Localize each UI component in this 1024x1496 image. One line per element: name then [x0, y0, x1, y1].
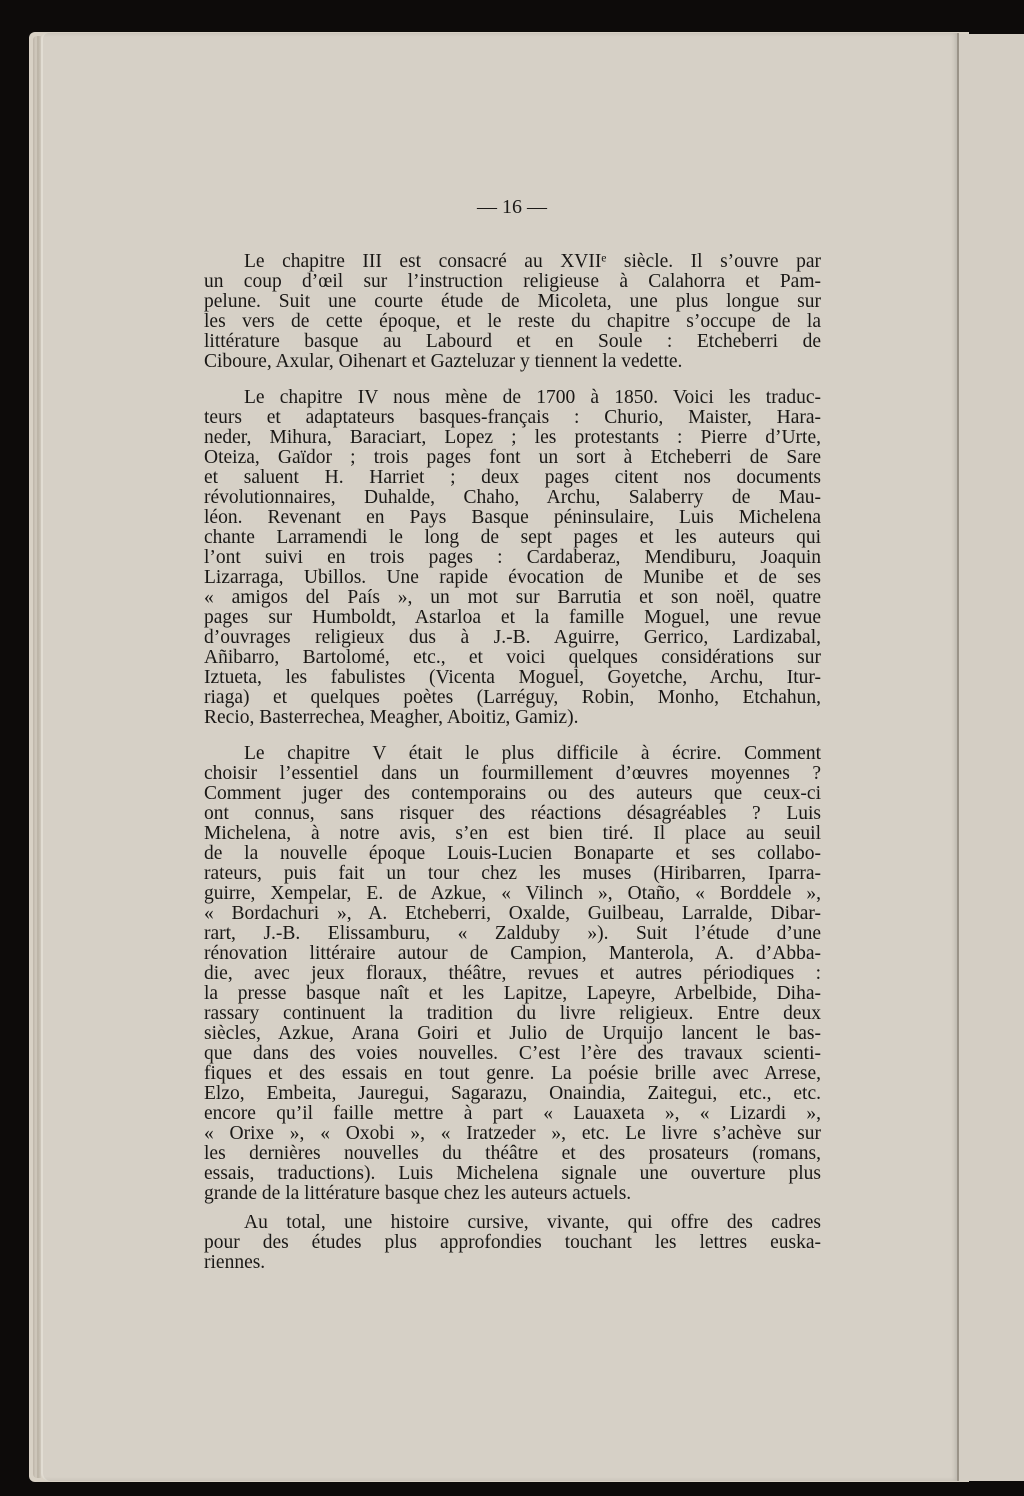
text-line: rénovation littéraire autour de Campion,…	[204, 944, 821, 964]
text-line: rassary continuent la tradition du livre…	[204, 1004, 821, 1024]
text-line: Le chapitre III est consacré au XVIIᵉ si…	[204, 252, 821, 272]
text-line: Elzo, Embeita, Jauregui, Sagarazu, Onain…	[204, 1084, 821, 1104]
text-line: un coup d’œil sur l’instruction religieu…	[204, 272, 821, 292]
paragraph-chapter-4: Le chapitre IV nous mène de 1700 à 1850.…	[204, 388, 821, 728]
text-line: d’ouvrages religieux dus à J.-B. Aguirre…	[204, 628, 821, 648]
text-line: Ciboure, Axular, Oihenart et Gazteluzar …	[204, 352, 821, 372]
text-line: fiques et des essais en tout genre. La p…	[204, 1064, 821, 1084]
text-line: « amigos del País », un mot sur Barrutia…	[204, 588, 821, 608]
text-line: Au total, une histoire cursive, vivante,…	[204, 1213, 821, 1233]
text-line: Añibarro, Bartolomé, etc., et voici quel…	[204, 648, 821, 668]
text-line: die, avec jeux floraux, théâtre, revues …	[204, 964, 821, 984]
text-line: léon. Revenant en Pays Basque péninsulai…	[204, 508, 821, 528]
text-line: teurs et adaptateurs basques-français : …	[204, 408, 821, 428]
paragraph-chapter-3: Le chapitre III est consacré au XVIIᵉ si…	[204, 252, 821, 372]
text-line: rateurs, puis fait un tour chez les muse…	[204, 864, 821, 884]
text-line: pour des études plus approfondies toucha…	[204, 1233, 821, 1253]
text-line: Lizarraga, Ubillos. Une rapide évocation…	[204, 568, 821, 588]
text-line: essais, traductions). Luis Michelena sig…	[204, 1164, 821, 1184]
text-line: neder, Mihura, Baraciart, Lopez ; les pr…	[204, 428, 821, 448]
text-line: Comment juger des contemporains ou des a…	[204, 784, 821, 804]
text-line: encore qu’il faille mettre à part « Laua…	[204, 1104, 821, 1124]
text-line: l’ont suivi en trois pages : Cardaberaz,…	[204, 548, 821, 568]
text-line: chante Larramendi le long de sept pages …	[204, 528, 821, 548]
text-line: guirre, Xempelar, E. de Azkue, « Vilinch…	[204, 884, 821, 904]
text-line: les vers de cette époque, et le reste du…	[204, 312, 821, 332]
paragraph-chapter-5: Le chapitre V était le plus difficile à …	[204, 744, 821, 1204]
text-line: littérature basque au Labourd et en Soul…	[204, 332, 821, 352]
text-line: Le chapitre V était le plus difficile à …	[204, 744, 821, 764]
text-line: choisir l’essentiel dans un fourmillemen…	[204, 764, 821, 784]
text-line: Recio, Basterrechea, Meagher, Aboitiz, G…	[204, 708, 821, 728]
text-line: grande de la littérature basque chez les…	[204, 1184, 821, 1204]
text-line: Oteiza, Gaïdor ; trois pages font un sor…	[204, 448, 821, 468]
text-line: « Orixe », « Oxobi », « Iratzeder », etc…	[204, 1124, 821, 1144]
text-line: pages sur Humboldt, Astarloa et la famil…	[204, 608, 821, 628]
text-line: et saluent H. Harriet ; deux pages citen…	[204, 468, 821, 488]
text-line: riaga) et quelques poètes (Larréguy, Rob…	[204, 688, 821, 708]
page-edge	[33, 36, 41, 1478]
text-line: « Bordachuri », A. Etcheberri, Oxalde, G…	[204, 904, 821, 924]
text-line: pelune. Suit une courte étude de Micolet…	[204, 292, 821, 312]
text-line: révolutionnaires, Duhalde, Chaho, Archu,…	[204, 488, 821, 508]
text-line: ont connus, sans risquer des réactions d…	[204, 804, 821, 824]
paragraph-conclusion: Au total, une histoire cursive, vivante,…	[204, 1213, 821, 1273]
text-line: siècles, Azkue, Arana Goiri et Julio de …	[204, 1024, 821, 1044]
text-line: les dernières nouvelles du théâtre et de…	[204, 1144, 821, 1164]
text-line: rart, J.-B. Elissamburu, « Zalduby »). S…	[204, 924, 821, 944]
text-line: riennes.	[204, 1253, 821, 1273]
facing-page-edge	[959, 34, 1024, 1481]
text-line: la presse basque naît et les Lapitze, La…	[204, 984, 821, 1004]
text-line: de la nouvelle époque Louis-Lucien Bonap…	[204, 844, 821, 864]
text-line: que dans des voies nouvelles. C’est l’èr…	[204, 1044, 821, 1064]
page-number: — 16 —	[0, 196, 1024, 219]
text-line: Michelena, à notre avis, s’en est bien t…	[204, 824, 821, 844]
text-line: Iztueta, les fabulistes (Vicenta Moguel,…	[204, 668, 821, 688]
text-line: Le chapitre IV nous mène de 1700 à 1850.…	[204, 388, 821, 408]
